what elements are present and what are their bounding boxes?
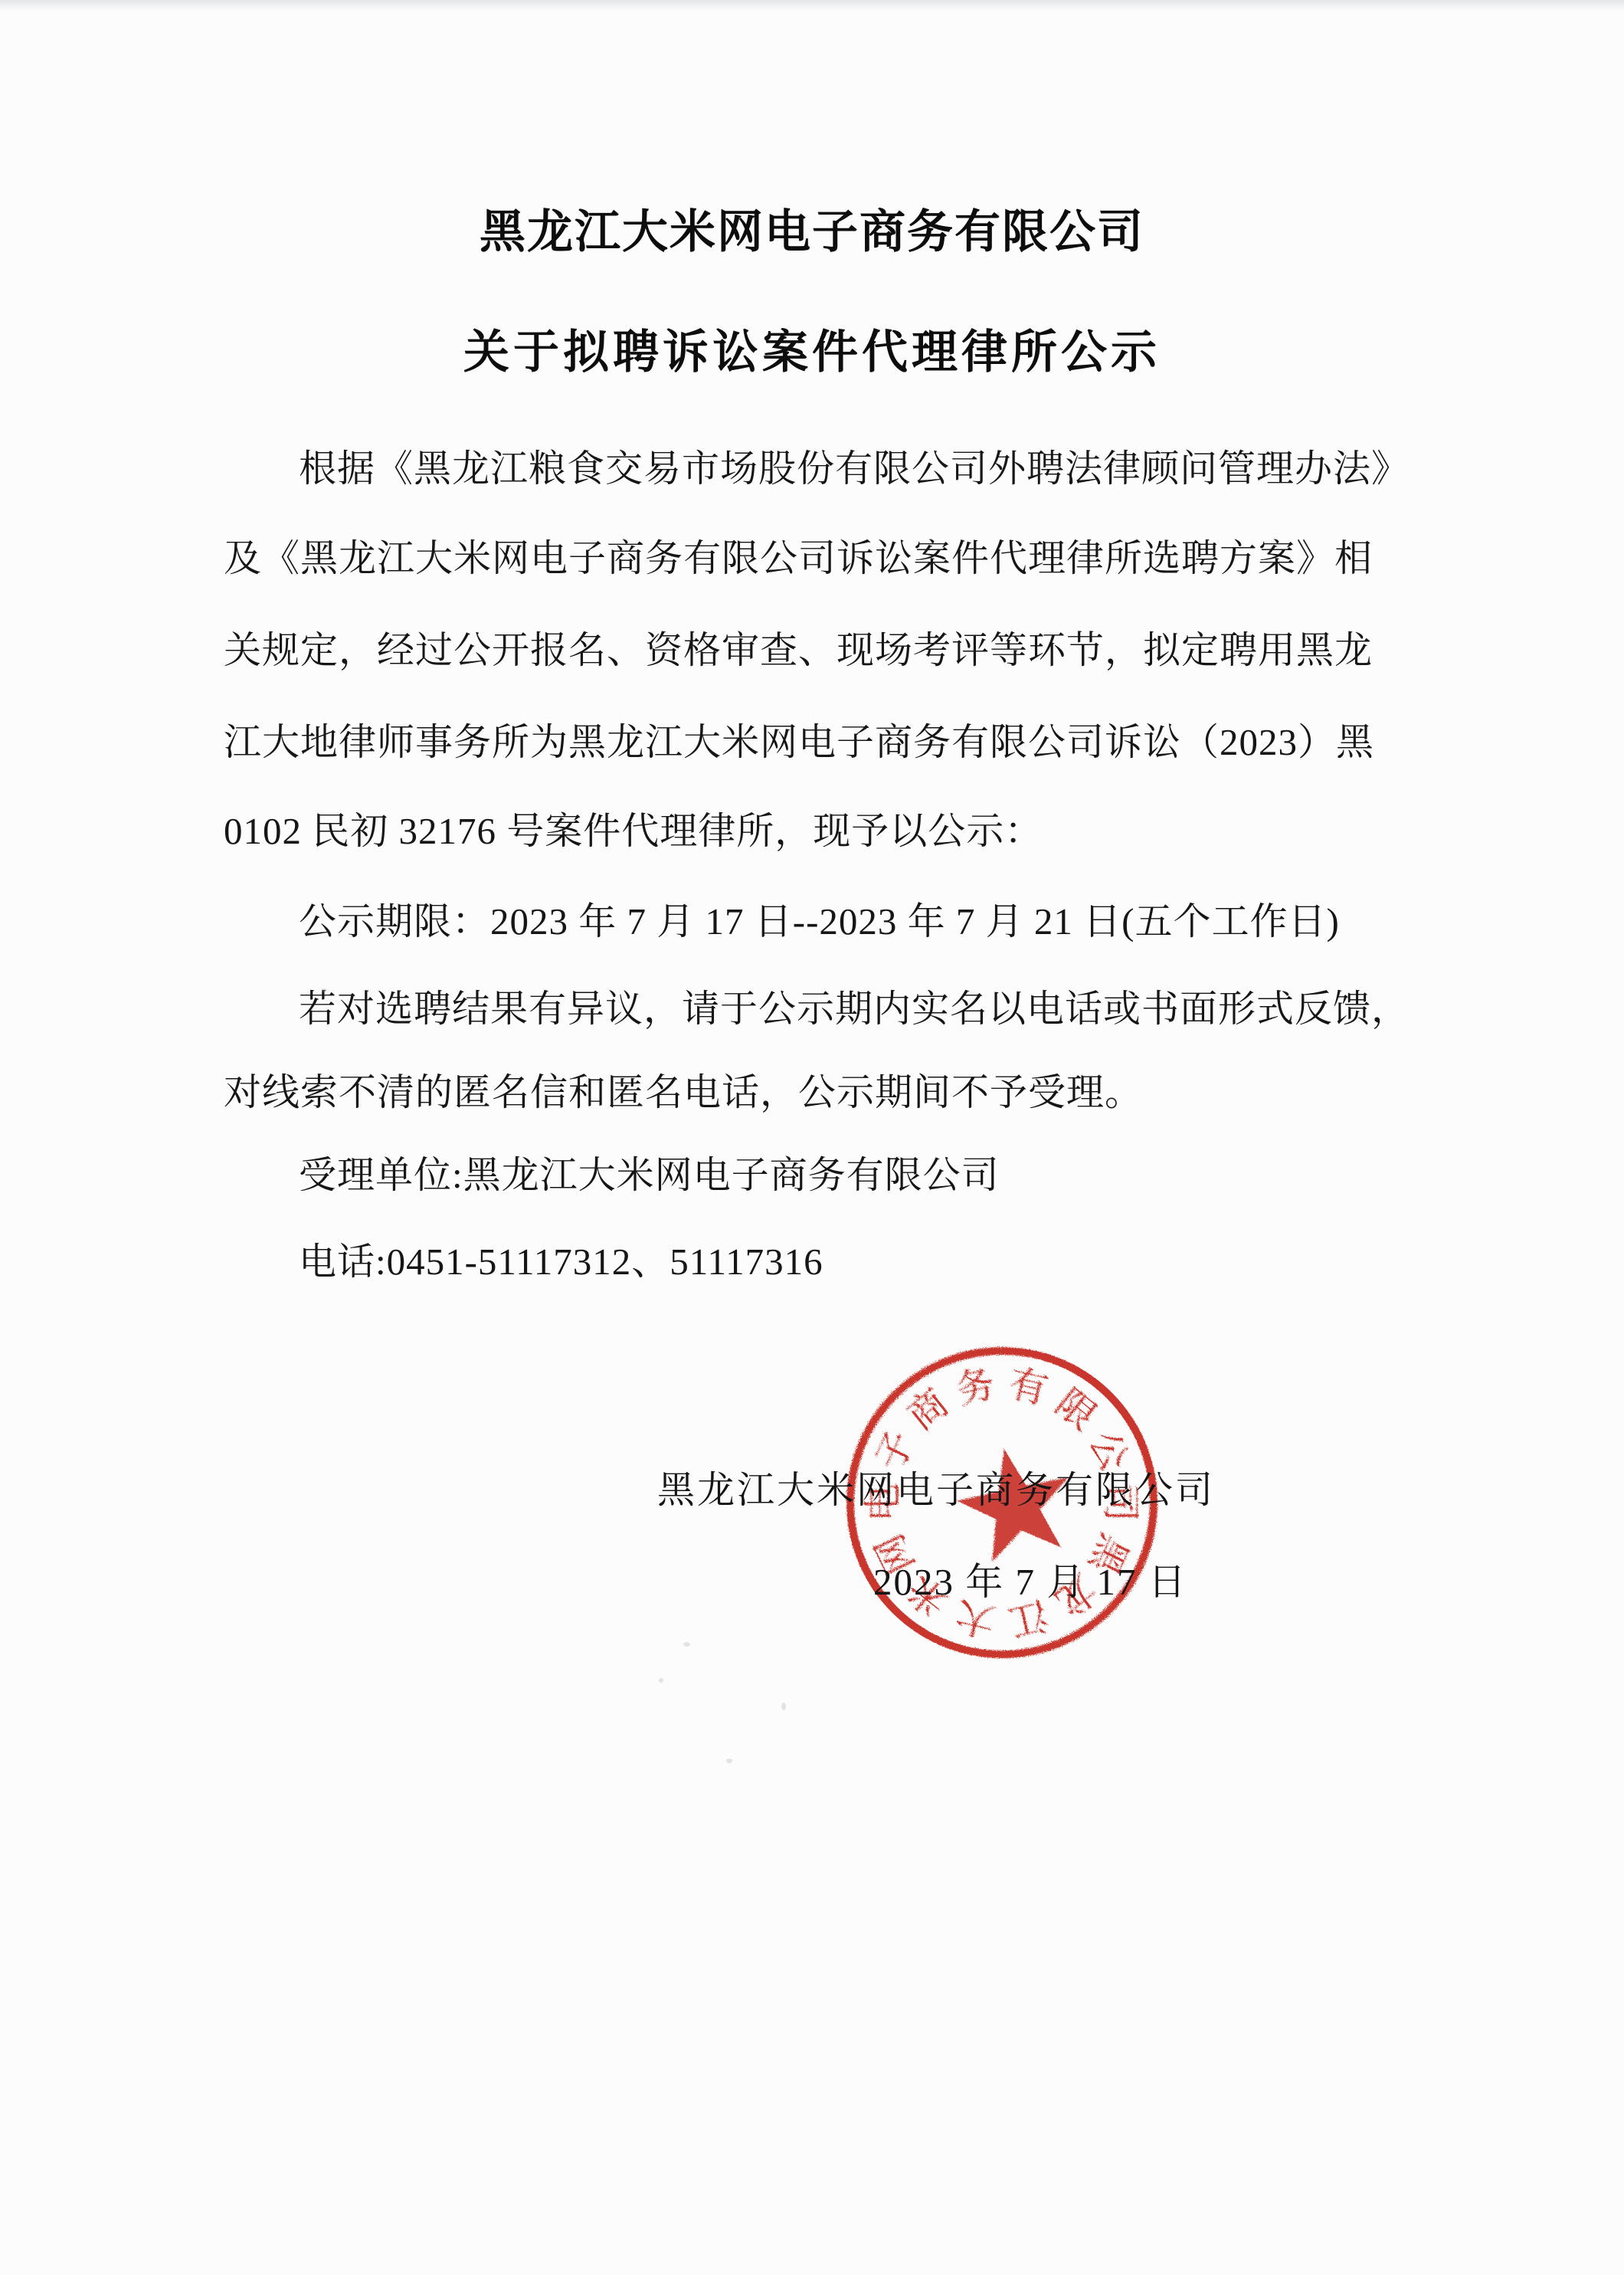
body-line: 及《黑龙江大米网电子商务有限公司诉讼案件代理律所选聘方案》相 [224,536,1419,581]
body-line: 0102 民初 32176 号案件代理律所，现予以公示： [224,809,1419,854]
body-line: 公示期限：2023 年 7 月 17 日--2023 年 7 月 21 日(五个… [224,900,1494,944]
signature-date: 2023 年 7 月 17 日 [873,1552,1187,1606]
scan-speck [781,1703,786,1710]
seal-ring-char: 商 [899,1381,956,1438]
scanned-document-page: 黑龙江大米网电子商务有限公司 关于拟聘诉讼案件代理律所公示 根据《黑龙江粮食交易… [0,0,1624,2275]
signature-company: 黑龙江大米网电子商务有限公司 [657,1460,1215,1514]
seal-ring-char: 有 [1005,1362,1052,1412]
document-subtitle: 关于拟聘诉讼案件代理律所公示 [0,316,1624,382]
body-line: 江大地律师事务所为黑龙江大米网电子商务有限公司诉讼（2023）黑 [224,720,1419,765]
body-line: 根据《黑龙江粮食交易市场股份有限公司外聘法律顾问管理办法》 [224,447,1494,491]
body-line: 受理单位:黑龙江大米网电子商务有限公司 [224,1153,1494,1198]
document-title: 黑龙江大米网电子商务有限公司 [0,195,1624,261]
scan-speck [726,1759,732,1763]
body-line: 关规定，经过公开报名、资格审查、现场考评等环节，拟定聘用黑龙 [224,628,1419,673]
scan-edge-artifact [0,0,1624,11]
scan-speck [322,988,327,992]
scan-speck [659,1678,663,1683]
body-line: 电话:0451-51117312、51117316 [224,1240,1494,1284]
body-line: 若对选聘结果有异议，请于公示期内实名以电话或书面形式反馈， [224,987,1494,1031]
seal-ring-char: 务 [952,1362,999,1412]
seal-ring-char: 限 [1048,1381,1105,1438]
body-line: 对线索不清的匿名信和匿名电话，公示期间不予受理。 [224,1070,1419,1115]
scan-speck [683,1642,690,1647]
